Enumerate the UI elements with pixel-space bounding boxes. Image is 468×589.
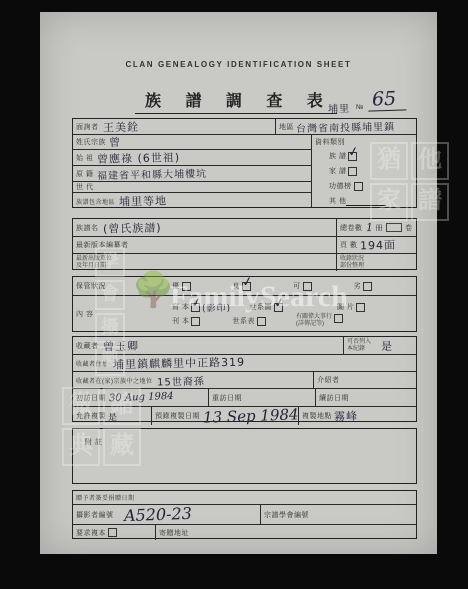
include-label-line1: 可否列入 <box>347 339 371 346</box>
chinese-title: 族 譜 調 查 表 <box>135 93 337 114</box>
manuscript-note: (影印) <box>202 300 231 314</box>
row-coverage: 族譜包含地區 埔里等地 <box>73 192 311 209</box>
category-option-zupu-label: 族 譜 <box>329 151 346 161</box>
row-photographer: 攝影者編號 A520-23 宗譜學會編號 <box>73 504 416 524</box>
row-generations: 世 代 <box>73 181 311 192</box>
interviewer-value: 王美銓 <box>102 118 138 135</box>
row-position: 收藏者在(家)宗族中之地位 15世裔孫 介紹者 <box>73 371 416 388</box>
address-label: 收藏者住址 <box>76 359 109 368</box>
photo-checkbox <box>356 303 365 312</box>
volumes-label: 總卷數 <box>340 223 363 233</box>
copy-date-value: 13 Sep 1984 <box>203 405 299 426</box>
english-title: CLAN GENEALOGY IDENTIFICATION SHEET <box>40 60 437 69</box>
row-interviewer: 面詢者 王美銓 地區 台灣省南投縣埔里鎮 <box>73 119 416 134</box>
collector-label: 收藏者 <box>76 341 99 351</box>
row-status: 保管狀況 優 良 可 劣 <box>73 277 416 295</box>
coverage-label: 族譜包含地區 <box>76 197 115 206</box>
sheet-number: 65 <box>368 87 407 111</box>
category-column: 資料類別 族 譜 家 譜 功德榜 其 他 <box>311 135 416 208</box>
volumes-unit-juan: 卷 <box>405 223 413 233</box>
area-label: 地區 <box>279 122 294 132</box>
row-first-ancestor: 始 祖 曾應祿 (6世祖) <box>73 149 311 165</box>
identity-table: 面詢者 王美銓 地區 台灣省南投縣埔里鎮 姓氏宗族 曾 <box>72 118 417 208</box>
category-option-jiapu-label: 家 譜 <box>329 166 346 176</box>
interviewer-label: 面詢者 <box>76 122 99 132</box>
copy-date-label: 預錄複製日期 <box>155 411 200 421</box>
photo-label: 圖 片 <box>337 302 354 312</box>
volumes-blank-box <box>386 223 402 232</box>
status-excellent-checkbox <box>182 282 191 291</box>
row-donor: 贈予者簽妥捐贈日期 <box>73 491 416 504</box>
surname-label: 姓氏宗族 <box>76 137 106 147</box>
lineage-chart-label: 世系圖 <box>249 302 272 312</box>
row-visit-dates: 初訪日期 30 Aug 1984 重訪日期 續訪日期 <box>73 388 416 406</box>
status-good-checkbox <box>242 282 251 291</box>
row-content: 內 容 寫 本 (影印) 世系圖 圖 <box>73 295 416 332</box>
deeds-checkbox <box>334 314 343 323</box>
row-compiler: 最新版本編纂者 頁 數 194面 <box>73 236 416 253</box>
row-publisher: 最新出版單位 及年月日期 收錄狀況 部份整理 <box>73 253 416 271</box>
notes-label: 附 註 <box>85 437 102 447</box>
permit-value: 是 <box>108 409 118 422</box>
lineage-table-label: 世系表 <box>232 316 255 326</box>
deeds-label-line2: (詳傳記等) <box>296 321 332 328</box>
category-other-blank <box>346 197 386 206</box>
category-option-jiapu-checkbox <box>348 167 357 176</box>
print-edition-label: 刊 本 <box>172 316 189 326</box>
book-title-label: 族譜名 <box>76 223 99 233</box>
status-poor-label: 劣 <box>354 281 362 291</box>
row-origin: 原 籍 福建省平和縣大埔樓坑 <box>73 165 311 181</box>
pages-value: 194面 <box>360 237 396 254</box>
publisher-label-line2: 及年月日期 <box>76 263 106 270</box>
publisher-label-line1: 最新出版單位 <box>76 256 112 263</box>
category-label: 資料類別 <box>315 137 345 147</box>
category-option-gongdebang-label: 功德榜 <box>329 181 352 191</box>
admin-table: 贈予者簽妥捐贈日期 攝影者編號 A520-23 宗譜學會編號 要求複本 <box>72 490 417 539</box>
row-surname: 姓氏宗族 曾 <box>73 135 311 149</box>
lineage-table-checkbox <box>257 317 266 326</box>
photographer-value: A520-23 <box>123 504 191 525</box>
manuscript-label: 寫 本 <box>172 302 189 312</box>
lineage-chart-checkbox <box>274 303 283 312</box>
status-fair-checkbox <box>303 282 312 291</box>
first-ancestor-value: 曾應祿 (6世祖) <box>97 149 180 167</box>
sheet-area-handwritten: 埔里 <box>328 100 350 115</box>
coverage-value: 埔里等地 <box>119 192 167 209</box>
include-value: 是 <box>381 337 393 353</box>
content-label: 內 容 <box>76 309 93 319</box>
position-label: 收藏者在(家)宗族中之地位 <box>76 376 153 385</box>
surname-value: 曾 <box>109 134 121 150</box>
position-value: 15世裔孫 <box>156 372 204 388</box>
donor-label: 贈予者簽妥捐贈日期 <box>76 493 135 502</box>
row-copy-permission: 允許複製 是 預錄複製日期 13 Sep 1984 複製地點 霧峰 <box>73 406 416 425</box>
permit-label: 允許複製 <box>76 411 106 421</box>
sheet-no-label: № <box>356 104 364 111</box>
society-number-label: 宗譜學會編號 <box>264 510 309 520</box>
identity-body: 姓氏宗族 曾 始 祖 曾應祿 (6世祖) 原 籍 福建省平和縣大 <box>73 134 416 208</box>
manuscript-checkbox <box>191 303 200 312</box>
scanned-document-frame: CLAN GENEALOGY IDENTIFICATION SHEET 族 譜 … <box>0 0 468 589</box>
first-visit-label: 初訪日期 <box>76 393 106 403</box>
generations-label: 世 代 <box>76 182 93 192</box>
condition-label-line2: 部份整理 <box>340 263 364 270</box>
first-visit-value: 30 Aug 1984 <box>109 391 174 404</box>
photographer-label: 攝影者編號 <box>76 510 114 520</box>
category-option-zupu-checkbox <box>348 152 357 161</box>
row-book-title: 族譜名 (曾氏族譜) 總卷數 1 冊 卷 <box>73 219 416 236</box>
introducer-label: 介紹者 <box>317 375 340 385</box>
collector-value: 曾玉卿 <box>102 337 138 354</box>
notes-table: 附 註 <box>72 428 417 484</box>
genealogy-form-page: CLAN GENEALOGY IDENTIFICATION SHEET 族 譜 … <box>40 12 437 554</box>
print-edition-checkbox <box>191 317 200 326</box>
preservation-table: 保管狀況 優 良 可 劣 <box>72 276 417 332</box>
book-title-value: (曾氏族譜) <box>102 219 161 236</box>
copy-place-label: 複製地點 <box>302 411 332 421</box>
status-excellent-label: 優 <box>172 281 180 291</box>
status-poor-checkbox <box>363 282 372 291</box>
condition-label-line1: 收錄狀況 <box>340 256 364 263</box>
copy-place-value: 霧峰 <box>334 408 358 424</box>
status-label: 保管狀況 <box>76 281 106 291</box>
include-label-line2: 本紀錄 <box>347 346 371 353</box>
revisit-label: 重訪日期 <box>212 393 242 403</box>
area-value: 台灣省南投縣埔里鎮 <box>296 118 395 135</box>
origin-value: 福建省平和縣大埔樓坑 <box>97 165 207 182</box>
row-collector: 收藏者 曾玉卿 可否列入 本紀錄 是 <box>73 337 416 354</box>
compiler-label: 最新版本編纂者 <box>76 240 129 250</box>
followup-label: 續訪日期 <box>319 393 349 403</box>
category-option-gongdebang-checkbox <box>354 182 363 191</box>
category-option-other-label: 其 他 <box>329 196 346 206</box>
book-table: 族譜名 (曾氏族譜) 總卷數 1 冊 卷 最新版本編纂者 頁 數 <box>72 218 417 270</box>
collector-table: 收藏者 曾玉卿 可否列入 本紀錄 是 收藏者住址 埔里鎮麒麟里中正路319 <box>72 336 417 422</box>
deeds-label-line1: 有關偉大事行 <box>296 314 332 321</box>
origin-label: 原 籍 <box>76 169 93 179</box>
volumes-value: 1 <box>365 221 372 234</box>
mailing-address-label: 寄贈地址 <box>159 528 189 538</box>
status-fair-label: 可 <box>293 281 301 291</box>
status-good-label: 良 <box>233 281 241 291</box>
first-ancestor-label: 始 祖 <box>76 153 93 163</box>
pages-label: 頁 數 <box>340 240 357 250</box>
volumes-unit-ce: 冊 <box>376 223 384 233</box>
request-copy-checkbox <box>108 528 117 537</box>
row-request-copy: 要求複本 寄贈地址 <box>73 524 416 540</box>
request-copy-label: 要求複本 <box>76 528 106 538</box>
address-value: 埔里鎮麒麟里中正路319 <box>112 354 244 373</box>
row-address: 收藏者住址 埔里鎮麒麟里中正路319 <box>73 354 416 371</box>
